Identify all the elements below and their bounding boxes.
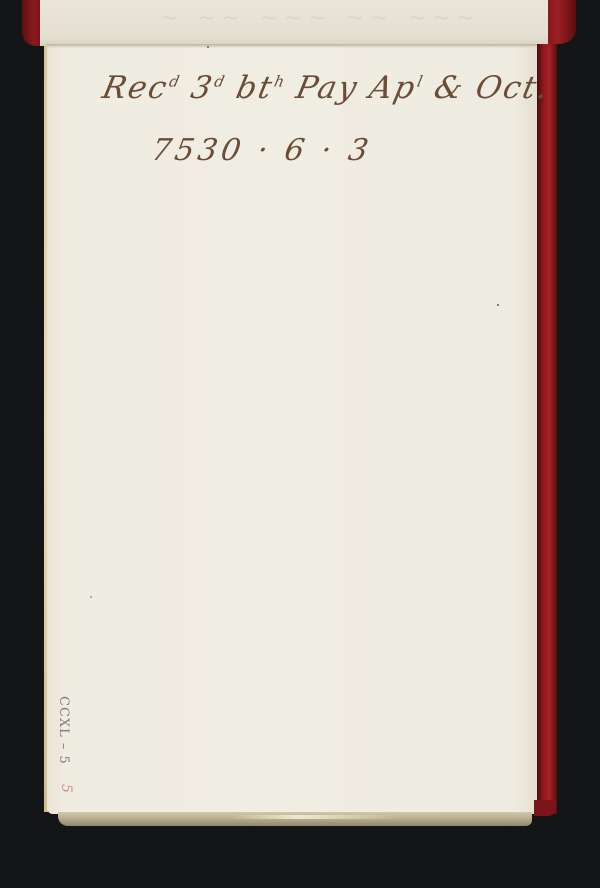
page-fold-line [47, 44, 539, 48]
paper-speck [207, 46, 209, 48]
hw-superscript: d [213, 73, 228, 91]
archive-stamp: CCXL – 5 [56, 696, 71, 765]
hw-word: Pay [293, 70, 362, 106]
hw-superscript: d [167, 73, 182, 91]
handwriting-line-1: Recd 3d bth Pay Apl & Oct. [99, 70, 553, 106]
hw-word: bt [233, 70, 277, 106]
facing-page: ~ ~~ ~~~ ~~ ~~~ [40, 0, 548, 46]
binding-right-corner [534, 800, 556, 816]
archive-inscription: CCXL – 5 5 [56, 696, 76, 808]
facing-page-show-through: ~ ~~ ~~~ ~~ ~~~ [160, 6, 481, 31]
hw-word: Ap [366, 70, 420, 106]
scanned-notebook: ~ ~~ ~~~ ~~ ~~~ Recd 3d bth Pay Apl & Oc… [0, 0, 600, 888]
paper-speck [90, 596, 92, 598]
hw-word: Rec [99, 70, 172, 106]
hw-superscript: h [272, 73, 287, 91]
page-stack-bottom-edge [58, 812, 532, 826]
paper-speck [497, 304, 499, 306]
binding-right-spine [537, 44, 557, 814]
hw-word: & Oct. [431, 70, 553, 106]
pencil-page-number: 5 [58, 784, 74, 793]
handwriting-line-2: 7530 · 6 · 3 [149, 133, 375, 168]
page-stack-glint [230, 815, 400, 819]
